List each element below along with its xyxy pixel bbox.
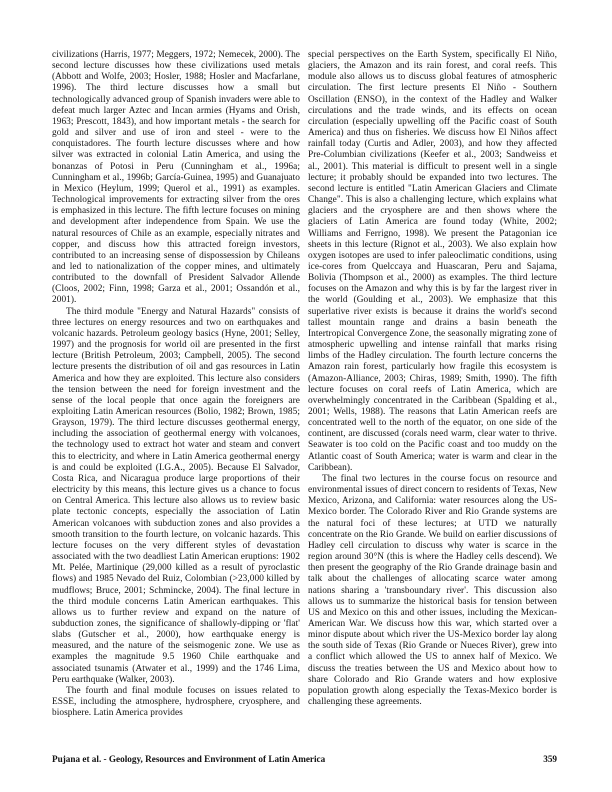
paragraph-continuation: civilizations (Harris, 1977; Meggers, 19…	[52, 50, 300, 307]
document-page: civilizations (Harris, 1977; Meggers, 19…	[0, 0, 612, 792]
page-footer: Pujana et al. - Geology, Resources and E…	[52, 754, 557, 764]
footer-running-head: Pujana et al. - Geology, Resources and E…	[52, 754, 325, 764]
text-column-right: special perspectives on the Earth System…	[308, 50, 557, 708]
text-column-left: civilizations (Harris, 1977; Meggers, 19…	[52, 50, 300, 719]
paragraph-third-module: The third module "Energy and Natural Haz…	[52, 307, 300, 686]
paragraph-final-lectures: The final two lectures in the course foc…	[308, 474, 557, 708]
paragraph-fourth-module: The fourth and final module focuses on i…	[52, 686, 300, 719]
paragraph-continuation: special perspectives on the Earth System…	[308, 50, 557, 474]
footer-page-number: 359	[543, 754, 557, 764]
